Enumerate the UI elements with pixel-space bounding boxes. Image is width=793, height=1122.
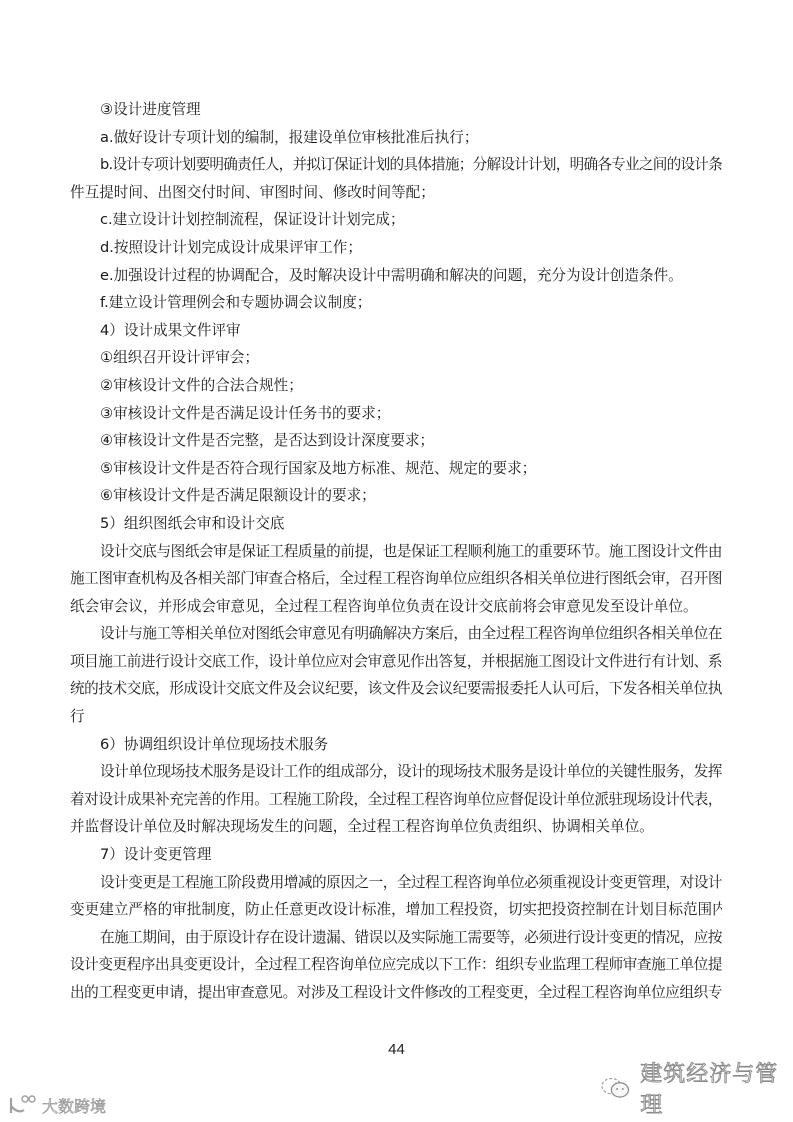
text-line: 设计单位现场技术服务是设计工作的组成部分，设计的现场技术服务是设计单位的关键性服… [70,758,722,786]
text-line: 统的技术交底，形成设计交底文件及会议纪要，该文件及会议纪要需报委托人认可后，下发… [70,675,722,703]
document-body: ③设计进度管理a.做好设计专项计划的编制，报建设单位审核批准后执行；b.设计专项… [70,96,722,1007]
document-page: ③设计进度管理a.做好设计专项计划的编制，报建设单位审核批准后执行；b.设计专项… [0,0,793,1122]
watermark-wechat-account: 建筑经济与管理 [600,1070,793,1106]
text-line: a.做好设计专项计划的编制，报建设单位审核批准后执行； [70,124,722,152]
text-line: 纸会审会议，并形成会审意见，全过程工程咨询单位负责在设计交底前将会审意见发至设计… [70,593,722,621]
text-line: 变更建立严格的审批制度，防止任意更改设计标准，增加工程投资，切实把投资控制在计划… [70,896,722,924]
text-line: ③设计进度管理 [70,96,722,124]
text-line: ⑤审核设计文件是否符合现行国家及地方标准、规范、规定的要求； [70,455,722,483]
text-line: f.建立设计管理例会和专题协调会议制度； [70,289,722,317]
text-line: 着对设计成果补充完善的作用。工程施工阶段，全过程工程咨询单位应督促设计单位派驻现… [70,786,722,814]
watermark-left-label: 大数跨境 [42,1094,106,1117]
text-line: c.建立设计计划控制流程，保证设计计划完成； [70,206,722,234]
text-line: 设计交底与图纸会审是保证工程质量的前提，也是保证工程顺利施工的重要环节。施工图设… [70,538,722,566]
wechat-icon [600,1075,632,1101]
text-line: b.设计专项计划要明确责任人，并拟订保证计划的具体措施；分解设计计划，明确各专业… [70,151,722,179]
text-line: ③审核设计文件是否满足设计任务书的要求； [70,400,722,428]
text-line: ①组织召开设计评审会； [70,344,722,372]
text-line: ②审核设计文件的合法合规性； [70,372,722,400]
text-line: ⑥审核设计文件是否满足限额设计的要求； [70,482,722,510]
text-line: 件互提时间、出图交付时间、审图时间、修改时间等配； [70,179,722,207]
brand-logo-icon [8,1094,38,1116]
page-number: 44 [0,1041,793,1058]
text-line: d.按照设计计划完成设计成果评审工作； [70,234,722,262]
text-line: 设计与施工等相关单位对图纸会审意见有明确解决方案后，由全过程工程咨询单位组织各相… [70,620,722,648]
text-line: 出的工程变更申请，提出审查意见。对涉及工程设计文件修改的工程变更，全过程工程咨询… [70,979,722,1007]
text-line: 7）设计变更管理 [70,841,722,869]
text-line: e.加强设计过程的协调配合，及时解决设计中需明确和解决的问题，充分为设计创造条件… [70,262,722,290]
text-line: 设计变更是工程施工阶段费用增减的原因之一，全过程工程咨询单位必须重视设计变更管理… [70,869,722,897]
text-line: 设计变更程序出具变更设计，全过程工程咨询单位应完成以下工作：组织专业监理工程师审… [70,951,722,979]
text-line: 项目施工前进行设计交底工作，设计单位应对会审意见作出答复，并根据施工图设计文件进… [70,648,722,676]
text-line: 在施工期间，由于原设计存在设计遗漏、错误以及实际施工需要等，必须进行设计变更的情… [70,924,722,952]
text-line: 施工图审查机构及各相关部门审查合格后，全过程工程咨询单位应组织各相关单位进行图纸… [70,565,722,593]
text-line: 并监督设计单位及时解决现场发生的问题，全过程工程咨询单位负责组织、协调相关单位。 [70,813,722,841]
text-line: ④审核设计文件是否完整，是否达到设计深度要求； [70,427,722,455]
watermark-right-label: 建筑经济与管理 [640,1057,793,1119]
text-line: 5）组织图纸会审和设计交底 [70,510,722,538]
text-line: 行 [70,703,722,731]
text-line: 6）协调组织设计单位现场技术服务 [70,731,722,759]
watermark-brand: 大数跨境 [8,1092,106,1118]
text-line: 4）设计成果文件评审 [70,317,722,345]
